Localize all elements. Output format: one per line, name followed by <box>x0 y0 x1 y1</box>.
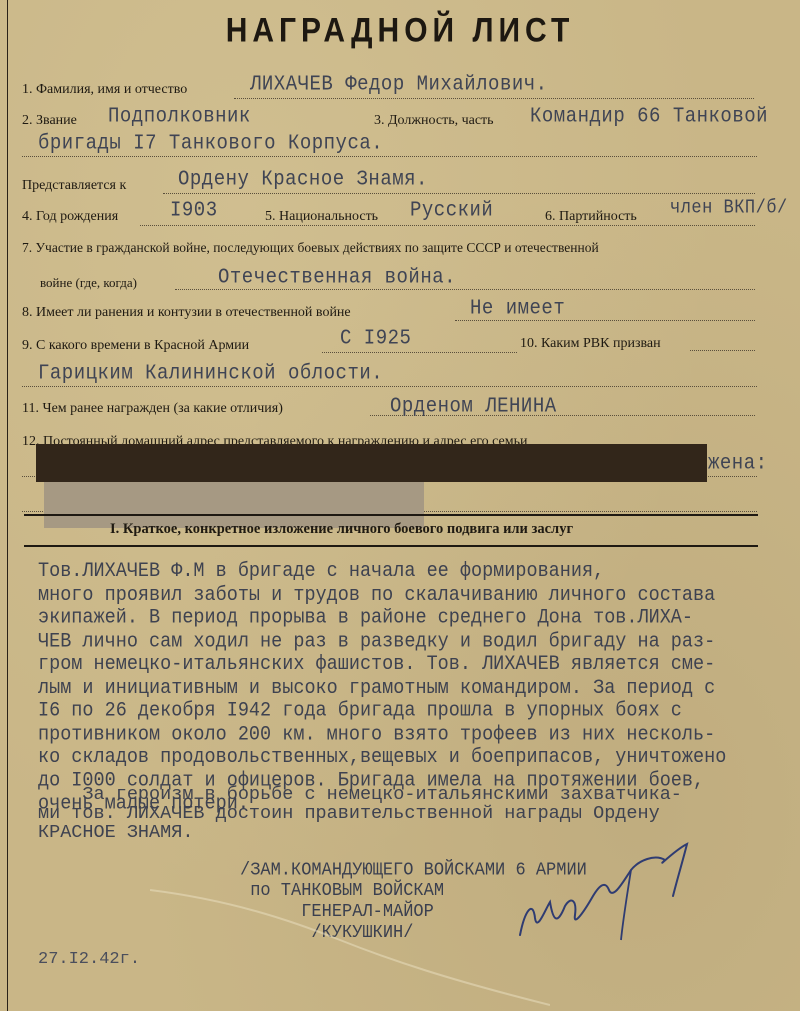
field-9-label: 9. С какого времени в Красной Армии <box>22 338 249 354</box>
field-10-line-2 <box>22 386 757 387</box>
field-9-value: С I925 <box>340 326 411 351</box>
handwritten-signature-icon <box>505 840 705 950</box>
presented-line <box>163 193 755 194</box>
field-12-value-visible: жена: <box>708 451 768 476</box>
field-11-label: 11. Чем ранее награжден (за какие отличи… <box>22 401 283 417</box>
field-7-label-continued: войне (где, когда) <box>40 275 137 291</box>
field-7-value: Отечественная война. <box>218 265 456 290</box>
field-10-value: Гарицким Калининской облости. <box>38 361 383 386</box>
document-date: 27.I2.42г. <box>38 950 140 969</box>
field-1-value: ЛИХАЧЕВ Федор Михайлович. <box>250 72 548 97</box>
field-6-value: член ВКП/б/ <box>670 198 788 219</box>
section-rule-top <box>24 514 758 516</box>
field-4-6-line <box>140 225 755 226</box>
section-1-heading: I. Краткое, конкретное изложение личного… <box>110 521 573 538</box>
field-3-value-continued: бригады I7 Танкового Корпуса. <box>38 131 383 156</box>
narrative-text: Тов.ЛИХАЧЕВ Ф.М в бригаде с начала ее фо… <box>38 560 788 815</box>
section-rule-bottom <box>24 545 758 547</box>
field-2-value: Подполковник <box>108 104 251 129</box>
field-4-value: I903 <box>170 198 218 223</box>
field-3-value: Командир 66 Танковой <box>530 104 768 129</box>
presented-value: Ордену Красное Знамя. <box>178 167 428 192</box>
field-9-line <box>322 352 517 353</box>
field-4-label: 4. Год рождения <box>22 209 118 225</box>
field-11-value: Орденом ЛЕНИНА <box>390 394 557 419</box>
field-2-label: 2. Звание <box>22 113 77 129</box>
field-5-label: 5. Национальность <box>265 209 378 225</box>
recommendation-text: За героизм в борьбе с немецко-итальянски… <box>38 785 788 842</box>
field-10-line <box>690 350 755 351</box>
field-3-label: 3. Должность, часть <box>374 113 494 129</box>
field-5-value: Русский <box>410 198 493 223</box>
field-8-label: 8. Имеет ли ранения и контузии в отечест… <box>22 305 351 321</box>
field-7-label: 7. Участие в гражданской войне, последую… <box>22 240 599 256</box>
field-6-label: 6. Партийность <box>545 209 637 225</box>
field-8-value: Не имеет <box>470 296 565 321</box>
field-1-label: 1. Фамилия, имя и отчество <box>22 82 187 98</box>
document-title: НАГРАДНОЙ ЛИСТ <box>0 11 800 50</box>
field-10-label: 10. Каким РВК призван <box>520 336 661 352</box>
presented-label: Представляется к <box>22 178 126 194</box>
field-3-line <box>22 156 757 157</box>
left-margin-line <box>7 0 8 1011</box>
redaction-bar-dark <box>36 444 707 482</box>
field-1-line <box>234 98 754 99</box>
